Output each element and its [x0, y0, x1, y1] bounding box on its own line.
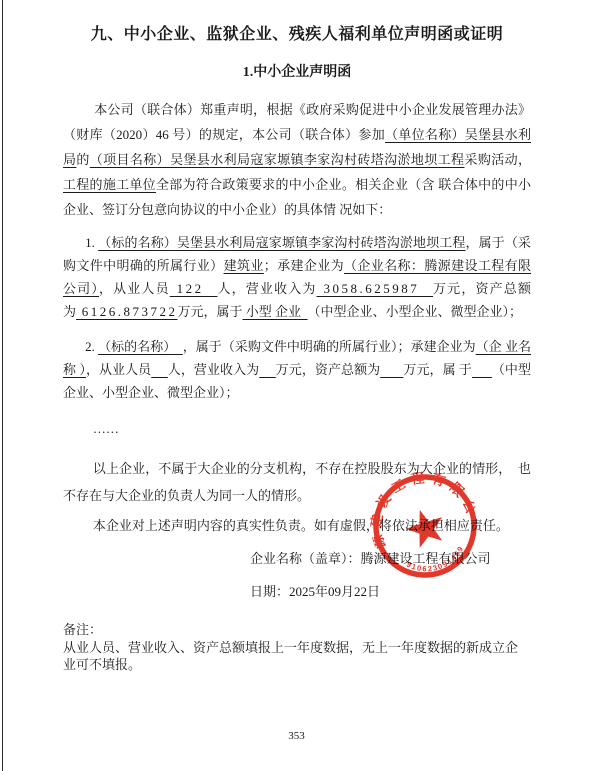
- employee-count-blank: [151, 362, 168, 377]
- section-title: 1.中小企业声明函: [63, 61, 531, 81]
- contractor-type-filled: 工程的施工单位: [63, 177, 156, 192]
- item-text: （中型企业、小型企业、微型企业）；: [308, 304, 523, 319]
- item-text: ；承建企业为: [264, 258, 344, 273]
- remark-block: 备注： 从业人员、营业收入、资产总额填报上一年度数据，无上一年度数据的新成立企 …: [63, 621, 531, 674]
- item-text: 万元，资产总额为: [276, 362, 380, 377]
- project-name-filled: （项目名称）吴堡县水利局寇家塬镇李家沟村砖塔沟淤地坝工程: [90, 152, 465, 167]
- item-text: ，属于（采购文件中明确的所属行业）；承建企业为: [183, 339, 476, 354]
- remark-text: 从业人员、营业收入、资产总额填报上一年度数据，无上一年度数据的新成立企 业可不填…: [63, 639, 531, 674]
- remark-label: 备注：: [63, 621, 531, 639]
- document-page: 九、中小企业、监狱企业、残疾人福利单位声明函或证明 1.中小企业声明函 本公司（…: [0, 0, 593, 771]
- item-text: 万元，属 于: [403, 362, 472, 377]
- item-text: 万元，属于: [178, 304, 243, 319]
- revenue-filled: 3058.625987: [317, 281, 433, 296]
- item-2-paragraph: 2. （标的名称） ，属于（采购文件中明确的所属行业）；承建企业为（企 业名称 …: [63, 335, 531, 404]
- item-number: 1.: [85, 235, 98, 250]
- date-line: 日期：2025年09月22日: [63, 579, 531, 605]
- subject-name-filled: （标的名称）吴堡县水利局寇家塬镇李家沟村砖塔沟淤地坝工程: [98, 235, 465, 250]
- assets-blank: [380, 362, 403, 377]
- subject-name-blank: （标的名称）: [98, 339, 183, 354]
- seal-star-icon: [402, 504, 449, 550]
- assets-filled: 6126.873722: [76, 304, 178, 319]
- intro-paragraph: 本公司（联合体）郑重声明，根据《政府采购促进中小企业发展管理办法》 （财库（20…: [63, 97, 531, 222]
- document-title: 九、中小企业、监狱企业、残疾人福利单位声明函或证明: [63, 21, 531, 44]
- page-number: 353: [0, 730, 593, 742]
- employee-count-filled: 122: [170, 281, 218, 296]
- ellipsis: ……: [63, 418, 531, 440]
- enterprise-size-blank: [472, 362, 492, 377]
- item-text: ，从业人员: [86, 362, 151, 377]
- document-content: 九、中小企业、监狱企业、残疾人福利单位声明函或证明 1.中小企业声明函 本公司（…: [63, 0, 531, 674]
- item-text: 人，营业收入为: [217, 281, 316, 296]
- intro-text: 采购活动，: [464, 152, 531, 167]
- item-text: ，从业人员: [99, 281, 170, 296]
- intro-text: 的: [76, 152, 89, 167]
- enterprise-size-filled: 小型 企业: [243, 304, 308, 319]
- page-edge-line: [2, 0, 3, 771]
- item-text: 人，营业收入为: [168, 362, 259, 377]
- industry-filled: 建筑业: [224, 258, 264, 273]
- item-1-paragraph: 1. （标的名称）吴堡县水利局寇家塬镇李家沟村砖塔沟淤地坝工程，属于（采购文件中…: [63, 231, 531, 323]
- item-number: 2.: [85, 339, 98, 354]
- revenue-blank: [259, 362, 276, 377]
